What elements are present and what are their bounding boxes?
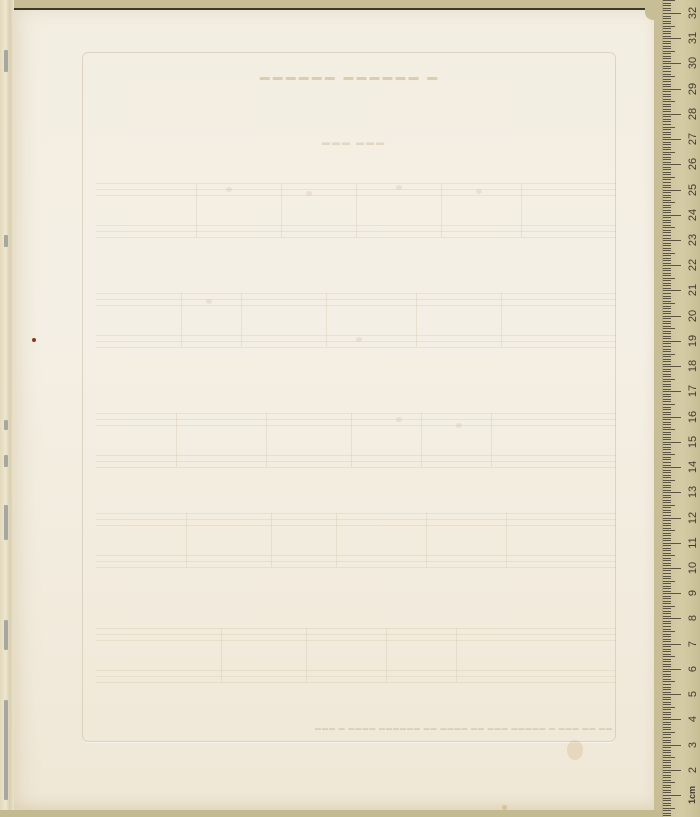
binding-edge	[0, 0, 14, 812]
ruler-label: 4	[686, 711, 700, 727]
ruler-tick	[663, 767, 671, 768]
ruler-tick	[663, 780, 671, 781]
ruler-label: 9	[686, 585, 700, 601]
ruler-tick	[663, 311, 671, 312]
ruler-label: 21	[686, 282, 700, 298]
ruler-tick	[663, 260, 671, 261]
ruler-tick	[663, 245, 671, 246]
ruler-tick	[663, 301, 671, 302]
ruler-tick	[663, 147, 671, 148]
ruler-tick	[663, 712, 671, 713]
ruler-label: 27	[686, 131, 700, 147]
ruler-tick	[663, 664, 671, 665]
ruler-tick	[663, 591, 671, 592]
ruler-tick	[663, 197, 671, 198]
ruler-tick	[663, 515, 671, 516]
ruler-tick	[663, 495, 671, 496]
ruler-tick	[663, 220, 671, 221]
ruler-tick	[663, 467, 681, 468]
ruler-tick	[663, 459, 671, 460]
ruler-tick	[663, 692, 671, 693]
ruler-tick	[663, 412, 671, 413]
ruler-tick	[663, 470, 671, 471]
ruler-tick	[663, 10, 671, 11]
ruler-tick	[663, 649, 671, 650]
ruler-tick	[663, 641, 671, 642]
ruler-tick	[663, 545, 671, 546]
ruler-tick	[663, 217, 671, 218]
ruler-tick	[663, 485, 671, 486]
ruler-tick	[663, 351, 671, 352]
ruler-tick	[663, 457, 671, 458]
ruler-tick	[663, 366, 681, 367]
ruler-tick	[663, 268, 671, 269]
ruler-tick	[663, 313, 671, 314]
ruler-tick	[663, 356, 671, 357]
ruler-tick	[663, 283, 671, 284]
ruler-tick	[663, 101, 675, 102]
ruler-tick	[663, 772, 671, 773]
ruler-tick	[663, 63, 681, 64]
ruler-tick	[663, 808, 675, 809]
ruler-tick	[663, 288, 671, 289]
ruler-tick	[663, 623, 671, 624]
staff-system-4	[96, 505, 616, 585]
ruler-tick	[663, 439, 671, 440]
ruler-tick	[663, 154, 671, 155]
staff-system-5	[96, 620, 616, 700]
ink-spot	[32, 338, 36, 342]
ruler-tick	[663, 523, 671, 524]
ruler-tick	[663, 243, 671, 244]
ruler-tick	[663, 659, 671, 660]
page-corner	[645, 8, 655, 20]
ruler-tick	[663, 757, 675, 758]
ruler-tick	[663, 290, 681, 291]
ruler-tick	[663, 114, 681, 115]
ruler-tick	[663, 346, 671, 347]
ruler-label: 6	[686, 661, 700, 677]
ruler-tick	[663, 321, 671, 322]
ruler-tick	[663, 285, 671, 286]
ruler-tick	[663, 477, 671, 478]
ruler-tick	[663, 636, 671, 637]
ruler-tick	[663, 232, 671, 233]
ruler-tick	[663, 472, 671, 473]
ruler-tick	[663, 502, 671, 503]
ruler-tick	[663, 752, 671, 753]
ruler-tick	[663, 813, 671, 814]
ruler-tick	[663, 205, 671, 206]
ruler-tick	[663, 121, 671, 122]
ruler-tick	[663, 137, 671, 138]
ruler-tick	[663, 16, 671, 17]
ruler-tick	[663, 235, 671, 236]
ruler-tick	[663, 563, 671, 564]
ruler-tick	[663, 104, 671, 105]
ruler-label: 7	[686, 636, 700, 652]
ruler-tick	[663, 444, 671, 445]
ruler-tick	[663, 129, 671, 130]
ruler-tick	[663, 336, 671, 337]
ruler-tick	[663, 548, 671, 549]
ruler-tick	[663, 699, 671, 700]
ruler-label: 29	[686, 81, 700, 97]
ruler-tick	[663, 341, 681, 342]
ruler-unit-label: 1cm	[687, 785, 699, 805]
ruler-tick	[663, 328, 675, 329]
ruler-tick	[663, 207, 671, 208]
ruler-label: 23	[686, 232, 700, 248]
ruler-label: 10	[686, 560, 700, 576]
ruler-tick	[663, 535, 671, 536]
ruler-tick	[663, 798, 671, 799]
ruler-tick	[663, 391, 681, 392]
ruler-tick	[663, 48, 671, 49]
ruler-tick	[663, 187, 671, 188]
ruler-tick	[663, 578, 671, 579]
ruler-tick	[663, 475, 671, 476]
ruler-tick	[663, 414, 671, 415]
staff-system-2	[96, 285, 616, 365]
ruler-tick	[663, 800, 671, 801]
ruler-tick	[663, 195, 671, 196]
ruler-tick	[663, 36, 671, 37]
ruler-tick	[663, 71, 671, 72]
ruler-tick	[663, 343, 671, 344]
ruler-tick	[663, 308, 671, 309]
ruler-tick	[663, 518, 681, 519]
ruler-tick	[663, 462, 671, 463]
ruler-label: 17	[686, 383, 700, 399]
ruler-tick	[663, 755, 671, 756]
ruler-tick	[663, 714, 671, 715]
ruler-tick	[663, 729, 671, 730]
ruler-tick	[663, 116, 671, 117]
ruler-tick	[663, 111, 671, 112]
ruler-tick	[663, 26, 675, 27]
ruler-tick	[663, 785, 671, 786]
ruler-tick	[663, 225, 671, 226]
ruler-tick	[663, 795, 681, 796]
ruler-tick	[663, 144, 671, 145]
ruler-tick	[663, 253, 675, 254]
ruler-tick	[663, 212, 671, 213]
ruler-tick	[663, 41, 671, 42]
ruler-tick	[663, 740, 671, 741]
ruler-tick	[663, 734, 671, 735]
ruler-tick	[663, 586, 671, 587]
ruler-tick	[663, 61, 671, 62]
ruler-tick	[663, 679, 671, 680]
ruler-tick	[663, 654, 671, 655]
ruler-tick	[663, 318, 671, 319]
ruler-label: 22	[686, 257, 700, 273]
ruler-tick	[663, 280, 671, 281]
ruler-tick	[663, 480, 675, 481]
ruler-tick	[663, 248, 671, 249]
ruler-tick	[663, 555, 675, 556]
ruler-tick	[663, 422, 671, 423]
ruler-tick	[663, 222, 671, 223]
ruler-tick	[663, 361, 671, 362]
ruler-tick	[663, 613, 671, 614]
ruler-tick	[663, 500, 671, 501]
ruler-tick	[663, 427, 671, 428]
ruler-tick	[663, 349, 671, 350]
ruler-tick	[663, 323, 671, 324]
ruler-tick	[663, 354, 675, 355]
ruler-tick	[663, 263, 671, 264]
ruler-tick	[663, 490, 671, 491]
ruler-tick	[663, 23, 671, 24]
ruler-label: 18	[686, 358, 700, 374]
ruler-tick	[663, 689, 671, 690]
ruler-tick	[663, 507, 671, 508]
ruler-tick	[663, 674, 671, 675]
ruler-tick	[663, 159, 671, 160]
ruler-label: 15	[686, 434, 700, 450]
ruler-tick	[663, 106, 671, 107]
ruler-tick	[663, 510, 671, 511]
ruler-tick	[663, 384, 671, 385]
ruler-tick	[663, 742, 671, 743]
ruler-tick	[663, 134, 671, 135]
ruler-tick	[663, 454, 675, 455]
ruler-tick	[663, 560, 671, 561]
ruler-tick	[663, 124, 671, 125]
ruler-tick	[663, 432, 671, 433]
ruler-tick	[663, 0, 675, 1]
ruler-tick	[663, 364, 671, 365]
ruler-label: 11	[686, 535, 700, 551]
ruler-label: 31	[686, 30, 700, 46]
ruler-tick	[663, 570, 671, 571]
ruler-tick	[663, 374, 671, 375]
ruler-tick	[663, 528, 671, 529]
ruler-tick	[663, 407, 671, 408]
ruler-tick	[663, 139, 681, 140]
ruler-tick	[663, 702, 671, 703]
ruler-label: 5	[686, 686, 700, 702]
ruler-tick	[663, 452, 671, 453]
ruler-tick	[663, 202, 675, 203]
ruler-label: 3	[686, 737, 700, 753]
ruler-tick	[663, 142, 671, 143]
ruler-tick	[663, 482, 671, 483]
ruler-tick	[663, 815, 671, 816]
ruler-tick	[663, 661, 671, 662]
ruler-tick	[663, 520, 671, 521]
ruler-label: 14	[686, 459, 700, 475]
ruler-tick	[663, 270, 671, 271]
ruler-tick	[663, 792, 671, 793]
ruler-tick	[663, 447, 671, 448]
ruler-tick	[663, 530, 675, 531]
ruler-tick	[663, 210, 671, 211]
ruler-tick	[663, 5, 671, 6]
ruler-tick	[663, 132, 671, 133]
ruler-tick	[663, 581, 675, 582]
ruler-label: 19	[686, 333, 700, 349]
ruler-tick	[663, 588, 671, 589]
ruler-tick	[663, 401, 671, 402]
ruler-tick	[663, 745, 681, 746]
ruler-tick	[663, 177, 675, 178]
ruler-tick	[663, 74, 671, 75]
ruler-tick	[663, 238, 671, 239]
ruler-tick	[663, 399, 671, 400]
ruler-tick	[663, 99, 671, 100]
ruler-tick	[663, 644, 681, 645]
ruler-label: 12	[686, 510, 700, 526]
ruler-tick	[663, 618, 681, 619]
ruler-tick	[663, 621, 671, 622]
ruler-tick	[663, 84, 671, 85]
ruler-tick	[663, 775, 671, 776]
ruler-tick	[663, 386, 671, 387]
ruler-tick	[663, 298, 671, 299]
ruler-tick	[663, 273, 671, 274]
ruler-tick	[663, 762, 671, 763]
ruler-label: 8	[686, 610, 700, 626]
ruler-tick	[663, 525, 671, 526]
ruler-tick	[663, 46, 671, 47]
ruler-tick	[663, 409, 671, 410]
ruler-tick	[663, 543, 681, 544]
ruler-tick	[663, 333, 671, 334]
ruler-tick	[663, 533, 671, 534]
ruler-tick	[663, 56, 671, 57]
staff-system-3	[96, 405, 616, 485]
ruler-tick	[663, 787, 671, 788]
ruler-tick	[663, 359, 671, 360]
ruler-tick	[663, 389, 671, 390]
ruler-tick	[663, 371, 671, 372]
ruler-tick	[663, 338, 671, 339]
ruler-label: 16	[686, 409, 700, 425]
ruler-tick	[663, 149, 671, 150]
ruler-tick	[663, 737, 671, 738]
ruler-tick	[663, 91, 671, 92]
ruler-label: 25	[686, 182, 700, 198]
ruler-tick	[663, 94, 671, 95]
paper-sheet: ▬ ▬▬▬▬▬▬ ▬▬▬▬▬▬ ▬▬▬ ▬▬▬	[12, 8, 654, 810]
ruler-tick	[663, 434, 671, 435]
ruler-tick	[663, 33, 671, 34]
ruler-tick	[663, 747, 671, 748]
ruler-tick	[663, 576, 671, 577]
ruler-label: 20	[686, 308, 700, 324]
ruler-tick	[663, 306, 671, 307]
ruler-tick	[663, 79, 671, 80]
ruler-tick	[663, 31, 671, 32]
ruler-tick	[663, 394, 671, 395]
ruler-tick	[663, 396, 671, 397]
ruler-tick	[663, 565, 671, 566]
ruler-tick	[663, 697, 671, 698]
ruler-tick	[663, 777, 671, 778]
ruler-label: 32	[686, 5, 700, 21]
ruler-tick	[663, 656, 675, 657]
ruler-tick	[663, 540, 671, 541]
ruler-tick	[663, 404, 675, 405]
ruler-tick	[663, 240, 681, 241]
ruler-tick	[663, 424, 671, 425]
ruler-tick	[663, 568, 681, 569]
ruler-tick	[663, 278, 675, 279]
ruler-tick	[663, 750, 671, 751]
ruler-tick	[663, 603, 671, 604]
ruler-tick	[663, 326, 671, 327]
ruler-tick	[663, 53, 671, 54]
ruler-tick	[663, 512, 671, 513]
ruler-tick	[663, 293, 671, 294]
ruler-tick	[663, 255, 671, 256]
ruler-tick	[663, 593, 681, 594]
ruler-tick	[663, 66, 671, 67]
mirrored-imprint-show-through: ▬▬ ▬▬ ▬▬▬ ▬ ▬▬▬▬▬ ▬▬▬ ▬▬ ▬▬▬▬ ▬▬ ▬▬▬▬▬▬ …	[122, 726, 612, 734]
ruler-tick	[663, 727, 671, 728]
ruler-tick	[663, 583, 671, 584]
ruler-tick	[663, 724, 671, 725]
ruler-tick	[663, 174, 671, 175]
ruler-tick	[663, 76, 675, 77]
ruler-tick	[663, 694, 681, 695]
ruler-tick	[663, 707, 675, 708]
ruler-tick	[663, 43, 671, 44]
ruler-tick	[663, 303, 675, 304]
ruler-tick	[663, 296, 671, 297]
ruler-tick	[663, 58, 671, 59]
ruler-tick	[663, 497, 671, 498]
ruler-tick	[663, 185, 671, 186]
ruler-tick	[663, 28, 671, 29]
ruler-tick	[663, 8, 671, 9]
ruler-tick	[663, 505, 675, 506]
ruler-tick	[663, 376, 671, 377]
ruler-tick	[663, 13, 681, 14]
ruler-tick	[663, 616, 671, 617]
ruler-tick	[663, 596, 671, 597]
scan-bottom-edge	[0, 810, 662, 817]
ruler-tick	[663, 719, 681, 720]
foxing-stain	[567, 740, 583, 760]
ruler-tick	[663, 162, 671, 163]
ruler-tick	[663, 167, 671, 168]
ruler-label: 24	[686, 207, 700, 223]
ruler-tick	[663, 381, 671, 382]
ruler-tick	[663, 704, 671, 705]
ruler-tick	[663, 790, 671, 791]
ruler-tick	[663, 437, 671, 438]
ruler-tick	[663, 782, 675, 783]
ruler-tick	[663, 429, 675, 430]
ruler-tick	[663, 172, 671, 173]
ruler-label: 28	[686, 106, 700, 122]
ruler-tick	[663, 227, 675, 228]
ruler-tick	[663, 651, 671, 652]
ruler-tick	[663, 709, 671, 710]
ruler-tick	[663, 250, 671, 251]
ruler-tick	[663, 492, 681, 493]
ruler-tick	[663, 265, 681, 266]
ruler-tick	[663, 550, 671, 551]
ruler-tick	[663, 316, 681, 317]
ruler-tick	[663, 687, 671, 688]
ruler-tick	[663, 3, 671, 4]
ruler-tick	[663, 379, 675, 380]
